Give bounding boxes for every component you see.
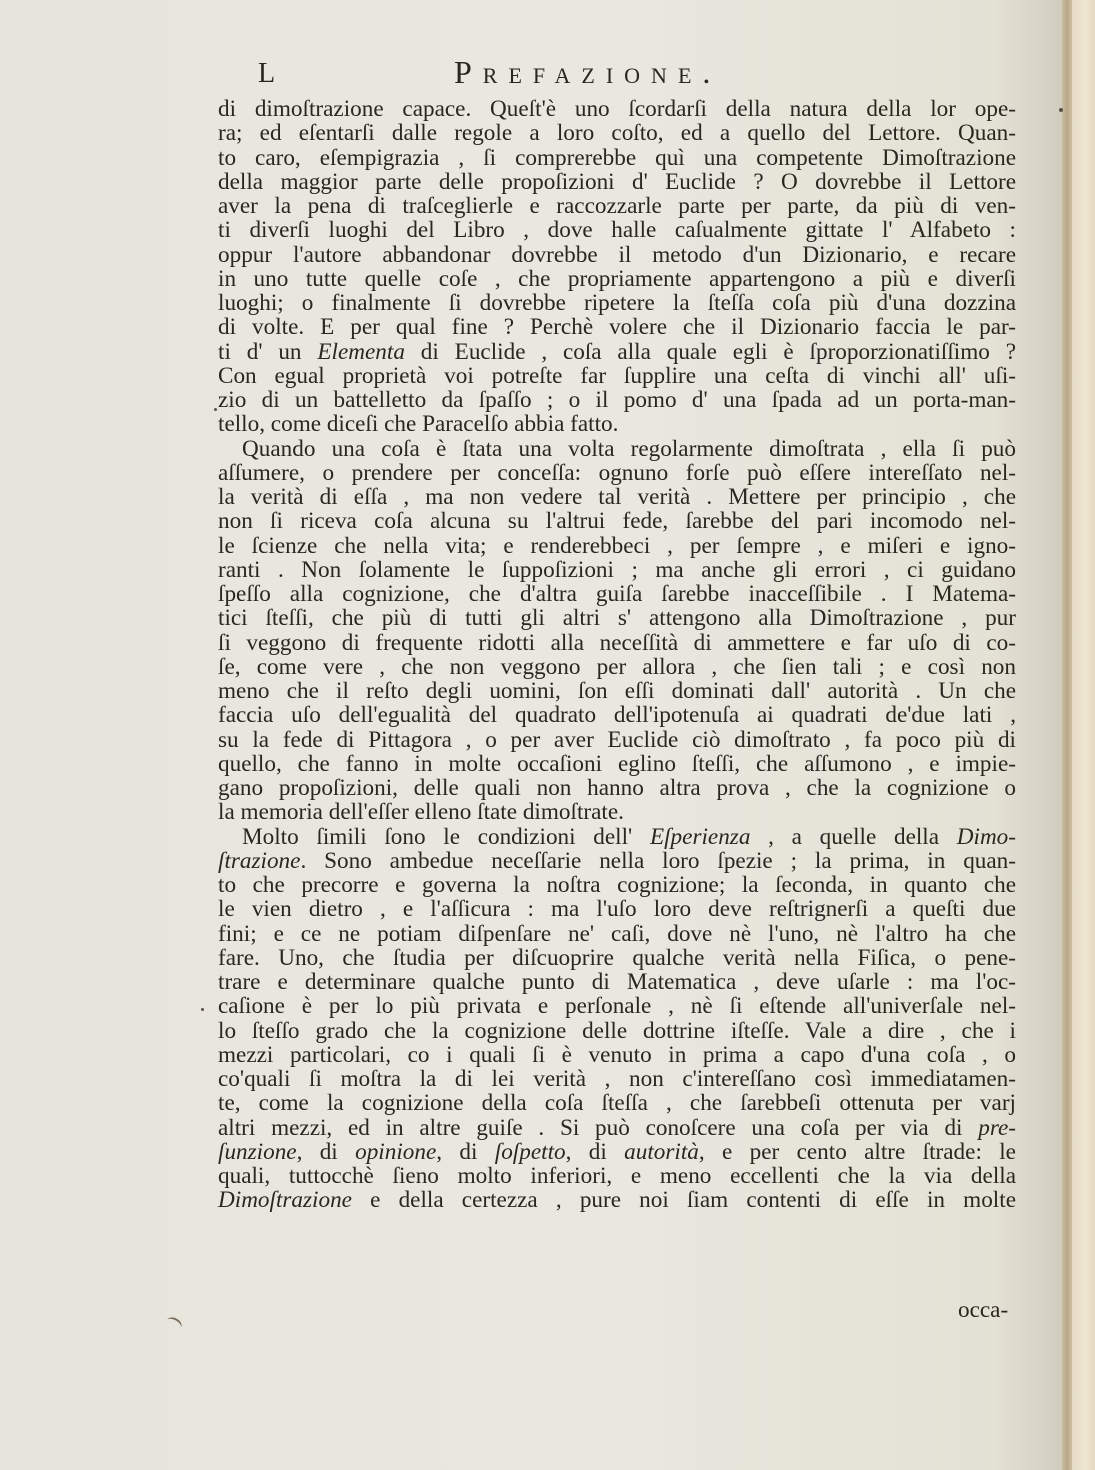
text-run: Quando una coſa è ſtata una volta regola… xyxy=(242,436,1016,462)
text-line: Dimoſtrazione e della certezza , pure no… xyxy=(218,1188,1016,1212)
text-run: , a quelle della xyxy=(750,824,956,850)
text-run: trare e determinare qualche punto di Mat… xyxy=(218,969,1016,995)
text-line: quali, tuttocchè ſieno molto inferiori, … xyxy=(218,1164,1016,1188)
text-line: Quando una coſa è ſtata una volta regola… xyxy=(218,437,1016,461)
text-run: to caro, eſempigrazia , ſi comprerebbe q… xyxy=(218,145,1016,171)
text-line: di volte. E per qual fine ? Perchè voler… xyxy=(218,315,1016,339)
text-line: ſtrazione. Sono ambedue neceſſarie nella… xyxy=(218,849,1016,873)
text-line: le vien dietro , e l'aſſicura : ma l'uſo… xyxy=(218,897,1016,921)
page-edge xyxy=(1072,0,1095,1470)
text-run: zio di un battelletto da ſpaſſo ; o il p… xyxy=(218,387,1016,413)
text-run: oppur l'autore abbandonar dovrebbe il me… xyxy=(218,242,1016,268)
text-line: non ſi riceva coſa alcuna su l'altrui fe… xyxy=(218,509,1016,533)
text-line: ſunzione, di opinione, di ſoſpetto, di a… xyxy=(218,1140,1016,1164)
page-header: L Prefazione. xyxy=(258,54,1038,90)
ink-speck xyxy=(214,408,217,411)
text-run: quali, tuttocchè ſieno molto inferiori, … xyxy=(218,1163,1016,1189)
text-run: . Sono ambedue neceſſarie nella loro ſpe… xyxy=(300,848,1016,874)
text-run: quello, che fanno in molte occaſioni egl… xyxy=(218,751,1016,777)
text-line: aſſumere, o prendere per conceſſa: ognun… xyxy=(218,461,1016,485)
text-run: altri mezzi, ed in altre guiſe . Si può … xyxy=(218,1115,978,1141)
text-run: ſe, come vere , che non veggono per allo… xyxy=(218,654,1016,680)
text-line: mezzi particolari, co i quali ſi è venut… xyxy=(218,1043,1016,1067)
text-run: to che precorre e governa la noſtra cogn… xyxy=(218,872,1016,898)
italic-text: opinione xyxy=(355,1139,436,1165)
text-line: aver la pena di traſceglierle e raccozza… xyxy=(218,194,1016,218)
text-run: faccia uſo dell'egualità del quadrato de… xyxy=(218,702,1016,728)
text-run: le ſcienze che nella vita; e renderebbec… xyxy=(218,533,1016,559)
text-run: ti diverſi luoghi del Libro , dove halle… xyxy=(218,217,1016,243)
text-line: tici ſteſſi, che più di tutti gli altri … xyxy=(218,606,1016,630)
text-line: Con egual proprietà voi potreſte far ſup… xyxy=(218,364,1016,388)
text-run: in uno tutte quelle coſe , che propriame… xyxy=(218,266,1016,292)
catchword: occa- xyxy=(958,1297,1008,1324)
text-line: luoghi; o finalmente ſi dovrebbe ripeter… xyxy=(218,291,1016,315)
body-text: di dimoſtrazione capace. Queſt'è uno ſco… xyxy=(218,97,1016,1213)
text-line: altri mezzi, ed in altre guiſe . Si può … xyxy=(218,1116,1016,1140)
italic-text: pre- xyxy=(978,1115,1016,1141)
text-run: aſſumere, o prendere per conceſſa: ognun… xyxy=(218,460,1016,486)
italic-text: autorità xyxy=(624,1139,699,1165)
italic-text: Dimoſtrazione xyxy=(218,1187,352,1213)
text-run: di Euclide , coſa alla quale egli è ſpro… xyxy=(405,339,1016,365)
text-run: , di xyxy=(566,1139,625,1165)
text-line: to che precorre e governa la noſtra cogn… xyxy=(218,873,1016,897)
text-line: trare e determinare qualche punto di Mat… xyxy=(218,970,1016,994)
text-run: , di xyxy=(297,1139,356,1165)
text-run: di dimoſtrazione capace. Queſt'è uno ſco… xyxy=(218,96,1016,122)
text-run: gano propoſizioni, delle quali non hanno… xyxy=(218,775,1016,801)
page-number: L xyxy=(258,58,276,90)
ink-speck xyxy=(1059,108,1063,112)
text-line: tello, come diceſi che Paracelſo abbia f… xyxy=(218,412,1016,436)
text-run: ra; ed eſentarſi dalle regole a loro coſ… xyxy=(218,120,1016,146)
text-run: meno che il reſto degli uomini, ſon eſſi… xyxy=(218,678,1016,704)
italic-text: Eſperienza xyxy=(650,824,750,850)
text-line: ſe, come vere , che non veggono per allo… xyxy=(218,655,1016,679)
text-run: ti d' un xyxy=(218,339,317,365)
italic-text: ſoſpetto xyxy=(495,1139,566,1165)
text-line: fare. Uno, che ſtudia per diſcuoprire qu… xyxy=(218,946,1016,970)
text-line: ti diverſi luoghi del Libro , dove halle… xyxy=(218,218,1016,242)
text-line: fini; e ce ne potiam diſpenſare ne' caſi… xyxy=(218,922,1016,946)
text-line: la memoria dell'eſſer elleno ſtate dimoſ… xyxy=(218,800,1016,824)
text-line: in uno tutte quelle coſe , che propriame… xyxy=(218,267,1016,291)
text-run: della maggior parte delle propoſizioni d… xyxy=(218,169,1016,195)
text-run: e della certezza , pure noi ſiam content… xyxy=(352,1187,1016,1213)
text-run: di volte. E per qual fine ? Perchè voler… xyxy=(218,314,1016,340)
text-line: ti d' un Elementa di Euclide , coſa alla… xyxy=(218,340,1016,364)
text-run: le vien dietro , e l'aſſicura : ma l'uſo… xyxy=(218,896,1016,922)
text-line: ranti . Non ſolamente le ſuppoſizioni ; … xyxy=(218,558,1016,582)
text-run: aver la pena di traſceglierle e raccozza… xyxy=(218,193,1016,219)
text-line: meno che il reſto degli uomini, ſon eſſi… xyxy=(218,679,1016,703)
text-line: Molto ſimili ſono le condizioni dell' Eſ… xyxy=(218,825,1016,849)
text-run: fini; e ce ne potiam diſpenſare ne' caſi… xyxy=(218,921,1016,947)
running-title: Prefazione. xyxy=(454,54,721,91)
text-run: la memoria dell'eſſer elleno ſtate dimoſ… xyxy=(218,799,624,825)
text-line: oppur l'autore abbandonar dovrebbe il me… xyxy=(218,243,1016,267)
text-run: ſpeſſo alla cognizione, che d'altra guiſ… xyxy=(218,581,1016,607)
text-run: tello, come diceſi che Paracelſo abbia f… xyxy=(218,411,618,437)
text-line: quello, che fanno in molte occaſioni egl… xyxy=(218,752,1016,776)
page-gutter xyxy=(1062,0,1072,1470)
text-line: la verità di eſſa , ma non vedere tal ve… xyxy=(218,485,1016,509)
text-line: ſpeſſo alla cognizione, che d'altra guiſ… xyxy=(218,582,1016,606)
text-line: to caro, eſempigrazia , ſi comprerebbe q… xyxy=(218,146,1016,170)
italic-text: Dimo- xyxy=(957,824,1016,850)
text-run: , e per cento altre ſtrade: le xyxy=(699,1139,1016,1165)
text-line: zio di un battelletto da ſpaſſo ; o il p… xyxy=(218,388,1016,412)
ink-speck xyxy=(201,1008,204,1011)
text-line: faccia uſo dell'egualità del quadrato de… xyxy=(218,703,1016,727)
text-line: co'quali ſi moſtra la di lei verità , no… xyxy=(218,1067,1016,1091)
text-line: te, come la cognizione della coſa ſteſſa… xyxy=(218,1091,1016,1115)
text-run: ranti . Non ſolamente le ſuppoſizioni ; … xyxy=(218,557,1016,583)
text-line: ſi veggono di frequente ridotti alla nec… xyxy=(218,631,1016,655)
text-line: ra; ed eſentarſi dalle regole a loro coſ… xyxy=(218,121,1016,145)
text-run: fare. Uno, che ſtudia per diſcuoprire qu… xyxy=(218,945,1016,971)
italic-text: ſunzione xyxy=(218,1139,297,1165)
text-run: su la fede di Pittagora , o per aver Euc… xyxy=(218,727,1016,753)
text-line: gano propoſizioni, delle quali non hanno… xyxy=(218,776,1016,800)
text-run: lo ſteſſo grado che la cognizione delle … xyxy=(218,1018,1016,1044)
italic-text: Elementa xyxy=(317,339,405,365)
text-line: su la fede di Pittagora , o per aver Euc… xyxy=(218,728,1016,752)
italic-text: ſtrazione xyxy=(218,848,300,874)
text-run: non ſi riceva coſa alcuna su l'altrui fe… xyxy=(218,508,1016,534)
text-run: Molto ſimili ſono le condizioni dell' xyxy=(242,824,650,850)
text-run: , di xyxy=(436,1139,495,1165)
text-run: Con egual proprietà voi potreſte far ſup… xyxy=(218,363,1016,389)
text-line: lo ſteſſo grado che la cognizione delle … xyxy=(218,1019,1016,1043)
text-run: ſi veggono di frequente ridotti alla nec… xyxy=(218,630,1016,656)
text-line: le ſcienze che nella vita; e renderebbec… xyxy=(218,534,1016,558)
text-line: di dimoſtrazione capace. Queſt'è uno ſco… xyxy=(218,97,1016,121)
text-run: co'quali ſi moſtra la di lei verità , no… xyxy=(218,1066,1016,1092)
text-line: della maggior parte delle propoſizioni d… xyxy=(218,170,1016,194)
text-line: caſione è per lo più privata e perſonale… xyxy=(218,994,1016,1018)
text-run: la verità di eſſa , ma non vedere tal ve… xyxy=(218,484,1016,510)
text-run: mezzi particolari, co i quali ſi è venut… xyxy=(218,1042,1016,1068)
text-run: tici ſteſſi, che più di tutti gli altri … xyxy=(218,605,1016,631)
text-run: te, come la cognizione della coſa ſteſſa… xyxy=(218,1090,1016,1116)
text-run: luoghi; o finalmente ſi dovrebbe ripeter… xyxy=(218,290,1016,316)
text-run: caſione è per lo più privata e perſonale… xyxy=(218,993,1016,1019)
